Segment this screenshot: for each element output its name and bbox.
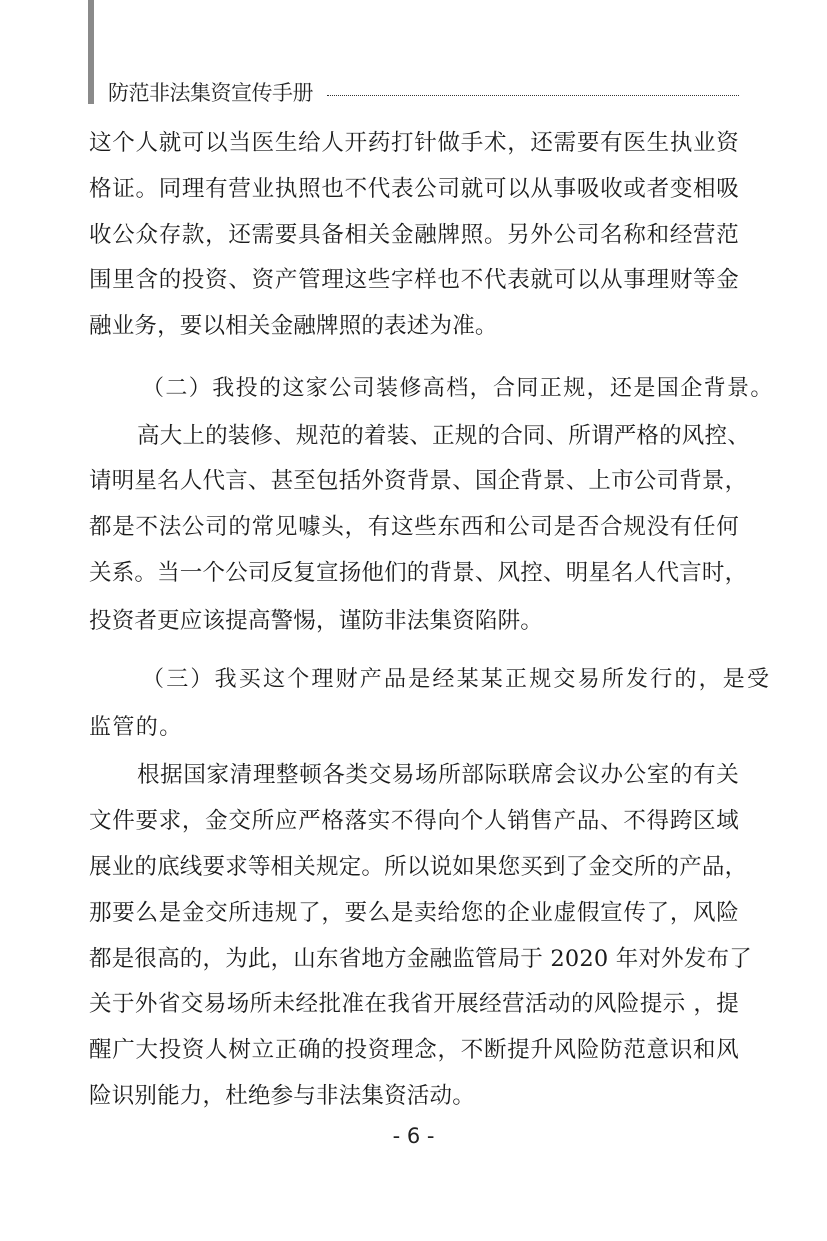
- text-line: 险识别能力，杜绝参与非法集资活动。: [89, 1081, 739, 1111]
- text-line: 格证。同理有营业执照也不代表公司就可以从事吸收或者变相吸: [89, 174, 739, 204]
- text-line: 收公众存款，还需要具备相关金融牌照。另外公司名称和经营范: [89, 220, 739, 250]
- running-header-title: 防范非法集资宣传手册: [108, 80, 313, 106]
- text-line: 这个人就可以当医生给人开药打针做手术，还需要有医生执业资: [89, 128, 739, 158]
- text-line: 关系。当一个公司反复宣扬他们的背景、风控、明星名人代言时，: [89, 558, 739, 588]
- text-line: 展业的底线要求等相关规定。所以说如果您买到了金交所的产品，: [89, 852, 739, 882]
- heading-line: 监管的。: [89, 713, 183, 743]
- header-side-bar: [88, 0, 94, 104]
- text-line: 文件要求，金交所应严格落实不得向个人销售产品、不得跨区域: [89, 806, 739, 836]
- text-line: 请明星名人代言、甚至包括外资背景、国企背景、上市公司背景，: [89, 466, 739, 496]
- section-heading-2: （二）我投的这家公司装修高档，合同正规，还是国企背景。: [142, 374, 774, 404]
- text-line: 高大上的装修、规范的着装、正规的合同、所谓严格的风控、: [137, 421, 739, 451]
- text-line: 都是很高的，为此，山东省地方金融监管局于 2020 年对外发布了: [89, 944, 739, 974]
- text-line: 关于外省交易场所未经批准在我省开展经营活动的风险提示 ，提: [89, 989, 739, 1019]
- text-line: 投资者更应该提高警惕，谨防非法集资陷阱。: [89, 606, 739, 636]
- page-number: - 6 -: [0, 1124, 827, 1148]
- text-line: 围里含的投资、资产管理这些字样也不代表就可以从事理财等金: [89, 265, 739, 295]
- text-line: 醒广大投资人树立正确的投资理念，不断提升风险防范意识和风: [89, 1035, 739, 1065]
- text-line: 都是不法公司的常见噱头，有这些东西和公司是否合规没有任何: [89, 512, 739, 542]
- header-dotted-rule: [327, 95, 739, 96]
- text-line: 根据国家清理整顿各类交易场所部际联席会议办公室的有关: [137, 760, 739, 790]
- heading-line: （三）我买这个理财产品是经某某正规交易所发行的，是受: [142, 665, 771, 695]
- text-line: 融业务，要以相关金融牌照的表述为准。: [89, 311, 739, 341]
- text-line: 那要么是金交所违规了，要么是卖给您的企业虚假宣传了，风险: [89, 898, 739, 928]
